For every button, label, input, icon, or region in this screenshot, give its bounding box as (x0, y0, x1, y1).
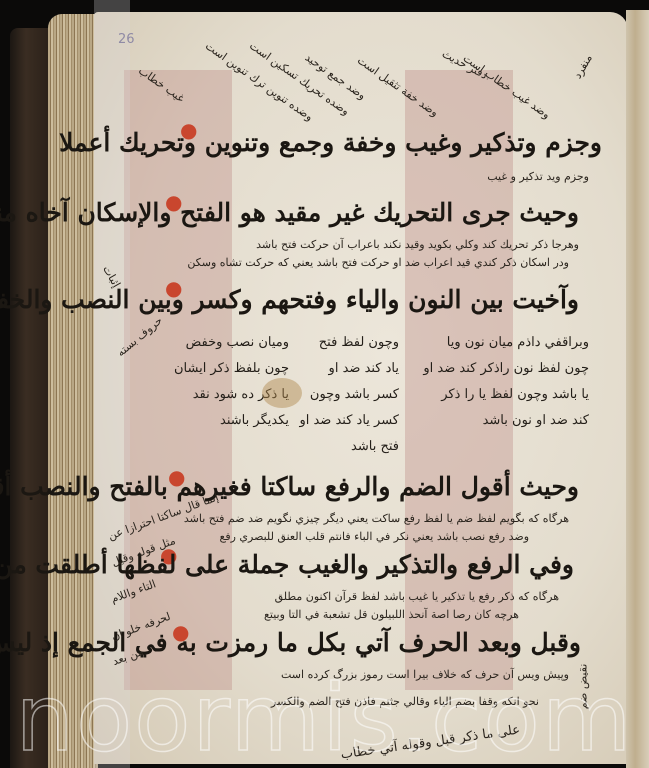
verse-line: وحيث أقول الضم والرفع ساكتا فغيرهم بالفت… (0, 472, 579, 501)
verse-line: وفي الرفع والتذكير والغيب جملة على لفظها… (0, 550, 574, 579)
interlinear-gloss: ودر اسكان ذكر كندي قيد اعراب ضد او حركت … (187, 256, 569, 269)
translation-line: ياد كند ضد او (299, 356, 399, 382)
translation-line: كسر باشد وچون (299, 382, 399, 408)
translation-line: وميان نصب وخفض (174, 330, 289, 356)
verse-line: وآخيت بين النون والياء وفتحهم وكسر وبين … (0, 285, 579, 314)
interlinear-gloss: هرچه كان رصا اصة آنحذ اللبيلون قل تشعبة … (264, 608, 519, 621)
translation-line: يا باشد وچون لفظ يا را ذكر (423, 382, 589, 408)
translation-line: يكديگر باشند (174, 408, 289, 434)
verse-line: وجزم وتذكير وغيب وخفة وجمع وتنوين وتحريك… (182, 128, 602, 157)
translation-line: كند ضد او نون باشد (423, 408, 589, 434)
paper-stain (262, 378, 302, 408)
translation-column: وچون لفظ فتح ياد كند ضد او كسر باشد وچون… (299, 330, 399, 460)
translation-line: وچون لفظ فتح (299, 330, 399, 356)
interlinear-gloss: وجزم ويد تذكير و غيب (487, 170, 589, 183)
translation-line: وبراقفي داذم ميان نون ويا (423, 330, 589, 356)
verse-line: وحيث جرى التحريك غير مقيد هو الفتح والإس… (0, 198, 579, 227)
translation-line: كسر ياد كند ضد او (299, 408, 399, 434)
interlinear-gloss: وضد رفع نصب باشد يعني نكر في الباء فانتم… (219, 530, 529, 543)
translation-line: چون بلفظ ذكر ايشان (174, 356, 289, 382)
translation-line: فتح باشد (299, 434, 399, 460)
facing-page-edge (626, 10, 649, 768)
interlinear-gloss: هرگاه كه ذكر رفع يا تذكير يا غيب باشد لف… (275, 590, 559, 603)
interlinear-gloss: هرگاه كه بگويم لفظ ضم يا لفظ رفع ساكت يع… (184, 512, 569, 525)
page-number: 26 (118, 32, 135, 47)
translation-column: وبراقفي داذم ميان نون ويا چون لفظ نون را… (423, 330, 589, 434)
translation-line: چون لفظ نون راذكر كند ضد او (423, 356, 589, 382)
book-spine (10, 28, 50, 768)
verse-line: وقبل وبعد الحرف آتي بكل ما رمزت به في ال… (0, 628, 581, 657)
interlinear-gloss: وهرجا ذكر تحريك كند وكلي بكويد وقيد نكند… (256, 238, 579, 251)
watermark-text: noormis.com (0, 665, 649, 768)
